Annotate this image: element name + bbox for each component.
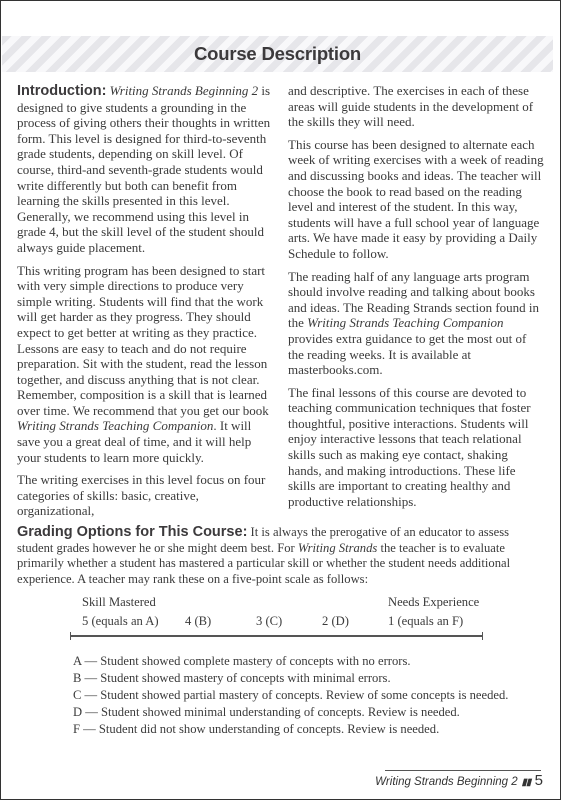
- footer-rule: [385, 770, 541, 771]
- writing-strands-italic: Writing Strands: [298, 541, 377, 555]
- scale-line: [70, 635, 483, 637]
- body-columns: Introduction: Writing Strands Beginning …: [17, 83, 544, 526]
- reading-paragraph: The reading half of any language arts pr…: [288, 269, 544, 378]
- schedule-paragraph: This course has been designed to alterna…: [288, 137, 544, 262]
- definition-d: D — Student showed minimal understanding…: [73, 704, 508, 721]
- reading-text-end: provides extra guidance to get the most …: [288, 331, 526, 377]
- companion-title-italic: Writing Strands Teaching Companion: [17, 418, 213, 433]
- skills-continued-paragraph: and descriptive. The exercises in each o…: [288, 83, 544, 130]
- page-title: Course Description: [194, 43, 361, 65]
- final-lessons-paragraph: The final lessons of this course are dev…: [288, 385, 544, 510]
- scale-point-2: 2 (D): [322, 614, 349, 629]
- footer-book-title: Writing Strands Beginning 2: [375, 776, 518, 788]
- scale-point-3: 3 (C): [256, 614, 282, 629]
- scale-point-1: 1 (equals an F): [388, 614, 463, 629]
- definition-b: B — Student showed mastery of concepts w…: [73, 670, 508, 687]
- program-text: This writing program has been designed t…: [17, 263, 269, 418]
- scale-point-5: 5 (equals an A): [82, 614, 159, 629]
- skills-paragraph: The writing exercises in this level focu…: [17, 472, 273, 519]
- header-band: Course Description: [2, 36, 553, 72]
- grading-paragraph: Grading Options for This Course: It is a…: [17, 525, 544, 587]
- companion-title-italic: Writing Strands Teaching Companion: [307, 315, 503, 330]
- left-column: Introduction: Writing Strands Beginning …: [17, 83, 273, 526]
- grading-section: Grading Options for This Course: It is a…: [17, 525, 544, 587]
- page-number: 5: [535, 772, 543, 789]
- definition-f: F — Student did not show understanding o…: [73, 721, 508, 738]
- intro-text: is designed to give students a grounding…: [17, 83, 270, 255]
- grading-heading: Grading Options for This Course:: [17, 524, 247, 540]
- intro-paragraph: Introduction: Writing Strands Beginning …: [17, 83, 273, 256]
- book-title-italic: Writing Strands Beginning 2: [110, 83, 258, 98]
- definition-c: C — Student showed partial mastery of co…: [73, 687, 508, 704]
- scale-left-label: Skill Mastered: [82, 595, 156, 610]
- intro-heading: Introduction:: [17, 83, 106, 99]
- scale-point-4: 4 (B): [185, 614, 211, 629]
- page-footer: Writing Strands Beginning 2 ▮▮ 5: [375, 772, 543, 789]
- grade-definitions: A — Student showed complete mastery of c…: [73, 653, 508, 738]
- scale-right-label: Needs Experience: [388, 595, 479, 610]
- right-column: and descriptive. The exercises in each o…: [288, 83, 544, 526]
- footer-bars-icon: ▮▮: [520, 777, 532, 788]
- definition-a: A — Student showed complete mastery of c…: [73, 653, 508, 670]
- program-paragraph: This writing program has been designed t…: [17, 263, 273, 466]
